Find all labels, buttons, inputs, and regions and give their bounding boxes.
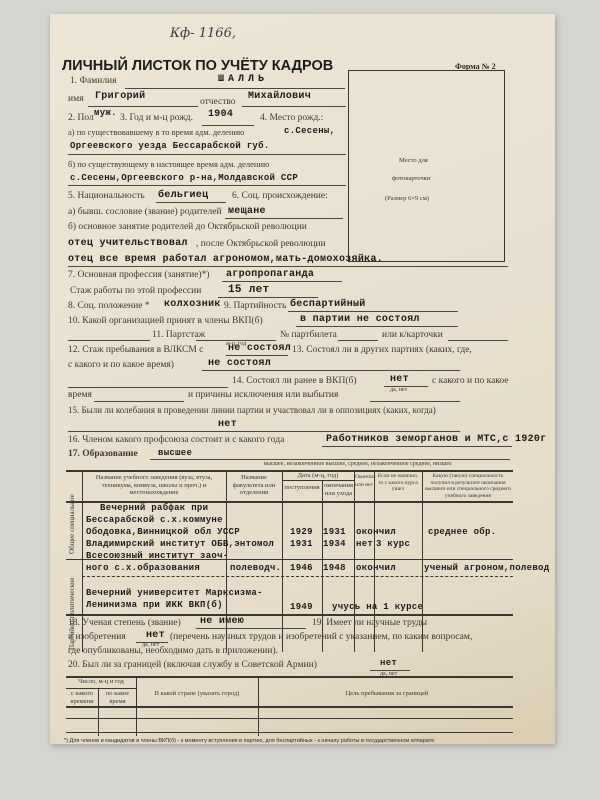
row2-entered: 1931 [290, 539, 313, 549]
abroad-label: 20. Был ли за границей (включая службу в… [68, 660, 317, 670]
estate-label: а) бывш. сословие (звание) родителей [68, 207, 222, 217]
education-hint: высшее, незаконченное высшее, среднее, н… [264, 461, 452, 467]
degree-label: 18. Ученая степень (звание) [68, 618, 181, 628]
profession-label: 7. Основная профессия (занятие)*) [68, 270, 210, 280]
former-member-period-label: с какого и по какое [432, 376, 509, 386]
abroad-dates-header: Число, м-ц и год [66, 678, 136, 686]
abroad-from-header: с какого времени [66, 690, 98, 705]
abroad-to-header: по какое время [99, 690, 136, 705]
trade-union-value: Работников земорганов и МТС,с 1920г [326, 434, 547, 445]
after-revolution-label: , после Октябрьской революции [196, 239, 326, 249]
col-completed: Окончил или нет [355, 474, 373, 489]
birth-date-label: 3. Год и м-ц рожд. [120, 113, 193, 123]
komsomol-label: 12. Стаж пребывания в ВЛКСМ с [68, 345, 203, 355]
abroad-value: нет [380, 658, 397, 668]
social-status-label: 8. Соц. положение * [68, 301, 150, 311]
row1-completed: окончил [356, 527, 396, 537]
former-member-hint: да, нет [390, 387, 407, 393]
footnote: *) Для членов и кандидатов в члены ВКП(б… [64, 738, 434, 744]
abroad-purpose-header: Цель пребывания за границей [262, 690, 512, 698]
row2-institution: Владимирский институт ОБВ,энтомол [86, 539, 274, 549]
photo-label: Место для [399, 157, 428, 164]
col-dates: Дата (м-ц, год) [284, 472, 352, 480]
surname-label: 1. Фамилия [70, 76, 117, 86]
birth-place-a-value: с.Сесены, [284, 126, 335, 136]
nationality-value: бельгиец [158, 190, 208, 201]
birth-place-b-label: б) по существующему в настоящее время ад… [68, 159, 269, 169]
row1-entered: 1929 [290, 527, 313, 537]
row4-entered: 1949 [290, 602, 313, 612]
birth-date-value: 1904 [208, 109, 233, 120]
estate-value: мещане [228, 206, 266, 217]
inventions-note-2: где опубликованы, необходимо дать в прил… [68, 646, 278, 656]
row2-completed: нет [356, 539, 373, 549]
parents-occupation-after: отец все время работал агрономом,мать-до… [68, 254, 383, 265]
col-finished: окончания или ухода [323, 482, 354, 497]
row1-finished: 1931 [323, 527, 346, 537]
experience-value: 15 лет [228, 284, 269, 296]
birth-place-a-label: а) по существовавшему в то время адм. де… [68, 127, 244, 137]
birth-place-b-value: с.Сесены,Оргеевского р-на,Молдавской ССР [70, 173, 298, 183]
education-label: 17. Образование [68, 449, 138, 459]
col-course: Если не окончил, то с какого курса ушел [376, 473, 420, 493]
party-tenure-label: 11. Партстаж [152, 330, 205, 340]
row3-faculty: полеводч. [230, 563, 281, 573]
photo-label: фотокарточки [392, 175, 430, 182]
name-label: имя [68, 94, 83, 104]
parents-occupation-label: б) основное занятие родителей до Октябрь… [68, 222, 307, 232]
sex-label: 2. Пол [68, 113, 94, 123]
expulsion-reason-label: и причины исключения или выбытия [188, 390, 338, 400]
degree-value: не имею [200, 616, 244, 627]
col-specialty: Какую (такую) специальность получил в ре… [424, 473, 512, 499]
photo-size-label: (Размер 6×9 см) [385, 195, 429, 202]
inventions-value: нет [146, 630, 165, 641]
opposition-label: 15. Были ли колебания в проведении линии… [68, 405, 436, 415]
row3-specialty: ученый агроном,полевод [424, 563, 549, 573]
other-parties-label-2: с какого и по какое время) [68, 360, 174, 370]
col-institution: Название учебного заведения (вуза, втуза… [86, 474, 222, 497]
other-parties-label: 13. Состоял ли в других партиях (каких, … [292, 345, 472, 355]
birth-place-label: 4. Место рожд.: [260, 113, 323, 123]
opposition-value: нет [218, 419, 237, 430]
party-joined-label: 10. Какой организацией принят в члены ВК… [68, 316, 263, 326]
social-status-value: колхозник [164, 299, 221, 310]
col-entered: поступления [284, 484, 320, 492]
patronymic-label: отчество [200, 97, 236, 107]
abroad-country-header: В какой стране (указать город) [138, 690, 256, 698]
row1-institution: Ободовка,Винницкой обл УССР [86, 527, 240, 537]
archive-note: Кф- 1166, [170, 26, 236, 41]
row3-entered: 1946 [290, 563, 313, 573]
expulsion-time-label: время [68, 390, 92, 400]
row2-finished: 1934 [323, 539, 346, 549]
group-general: Общее специальное [68, 504, 76, 554]
party-value: беспартийный [290, 299, 366, 310]
party-label: 9. Партийность [224, 301, 286, 311]
former-member-label: 14. Состоял ли ранее в ВКП(б) [232, 376, 356, 386]
inventions-label: и изобретения [68, 632, 126, 642]
row2-course: 3 курс [376, 539, 410, 549]
experience-label: Стаж работы по этой профессии [70, 286, 201, 296]
party-card-label: № партбилета [280, 330, 337, 340]
candidate-card-label: или к/карточки [382, 330, 443, 340]
row1-specialty: среднее обр. [428, 527, 496, 537]
patronymic-value: Михайлович [248, 91, 311, 102]
row3-completed: окончил [356, 563, 396, 573]
birth-place-a-value-2: Оргеевского уезда Бессарабской губ. [70, 141, 270, 151]
former-member-value: нет [390, 374, 409, 385]
photo-placeholder: Место для фотокарточки (Размер 6×9 см) [348, 70, 505, 262]
inventions-note: (перечень научных трудов и изобретений с… [170, 632, 472, 642]
nationality-label: 5. Национальность [68, 191, 145, 201]
other-parties-value: не состоял [208, 358, 271, 369]
row3-finished: 1948 [323, 563, 346, 573]
parents-occupation-before: отец учительствовал [68, 238, 188, 249]
trade-union-label: 16. Членом какого профсоюза состоит и с … [68, 435, 284, 445]
social-origin-label: 6. Соц. происхождение: [232, 191, 328, 201]
document-sheet: Кф- 1166, ЛИЧНЫЙ ЛИСТОК ПО УЧЁТУ КАДРОВ … [50, 14, 555, 744]
komsomol-value: не состоял [228, 343, 291, 354]
name-value: Григорий [95, 91, 145, 102]
profession-value: агропропаганда [226, 269, 314, 280]
party-joined-value: в партии не состоял [300, 314, 420, 325]
education-value: высшее [158, 448, 192, 458]
col-faculty: Название факультета или отделения [228, 474, 280, 497]
scientific-works-label: 19. Имеет ли научные труды [312, 618, 427, 628]
document-title: ЛИЧНЫЙ ЛИСТОК ПО УЧЁТУ КАДРОВ [62, 58, 333, 74]
surname-value: ШАЛЛЬ [218, 74, 268, 85]
row4-status: учусь на 1 курсе [332, 602, 423, 612]
sex-value: муж. [94, 108, 117, 118]
